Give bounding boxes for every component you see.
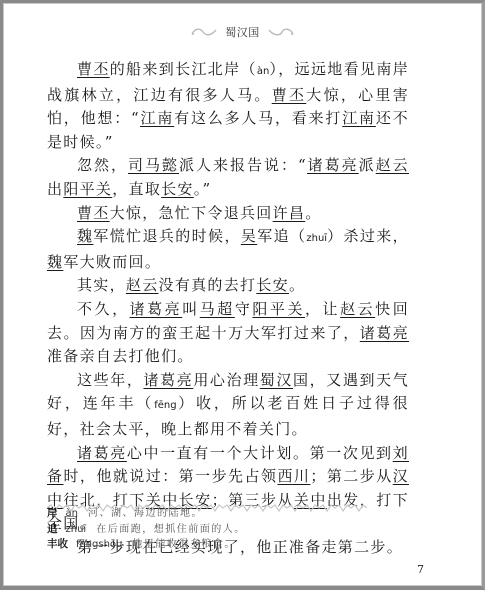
proper-noun: 诸葛亮 — [77, 444, 127, 462]
text-run: 用心治理 — [193, 371, 259, 389]
glossary: 岸 àn 河、湖、海边的陆地。 追 zhuī 在后面跑，想抓住前面的人。 丰收 … — [47, 506, 407, 553]
text-run: 。” — [194, 180, 212, 198]
paragraph: 曹丕的船来到长江北岸（àn），远远地看见南岸战旗林立，江边有很多人马。曹丕大惊，… — [47, 58, 409, 154]
text-run: 军大败而回。 — [63, 253, 161, 271]
pinyin-annotation: zhuī — [306, 233, 327, 244]
text-run: 这些年， — [77, 371, 143, 389]
proper-noun: 魏 — [47, 253, 63, 271]
proper-noun: 西川 — [277, 467, 310, 485]
swirl-right-icon — [268, 27, 294, 37]
proper-noun: 江南 — [342, 109, 376, 127]
text-run: ）杀过来， — [327, 227, 409, 245]
story-body: 曹丕的船来到长江北岸（àn），远远地看见南岸战旗林立，江边有很多人马。曹丕大惊，… — [47, 58, 409, 559]
text-run: 出 — [47, 180, 63, 198]
glossary-entry: 丰收 fēngshōu 地里能收很多粮食。 — [47, 537, 407, 553]
paragraph: 曹丕大惊，急忙下令退兵回许昌。 — [47, 202, 409, 226]
proper-noun: 马超 — [200, 300, 235, 318]
proper-noun: 赵云 — [340, 300, 375, 318]
text-run: 不久， — [77, 300, 130, 318]
proper-noun: 长安 — [161, 180, 194, 198]
swirl-left-icon — [191, 27, 217, 37]
text-run: 派人来报告说：“ — [179, 156, 307, 174]
pinyin-annotation: fēng — [154, 400, 176, 411]
proper-noun: 赵云 — [376, 156, 409, 174]
glossary-pinyin: fēngshōu — [76, 537, 122, 553]
proper-noun: 诸葛亮 — [307, 156, 359, 174]
text-run: 准备亲自去打他们。 — [47, 347, 194, 365]
glossary-pinyin: zhuī — [66, 522, 87, 538]
text-run: 其实， — [77, 276, 126, 294]
glossary-entry: 岸 àn 河、湖、海边的陆地。 — [47, 506, 407, 522]
paragraph: 这些年，诸葛亮用心治理蜀汉国，又遇到天气好，连年丰（fēng）收，所以老百姓日子… — [47, 369, 409, 442]
text-run: 忽然， — [77, 156, 128, 174]
text-run: 没有真的去打 — [159, 276, 257, 294]
paragraph: 不久，诸葛亮叫马超守阳平关，让赵云快回去。因为南方的蛮王起十万大军打过来了，诸葛… — [47, 298, 409, 369]
text-run: ，直取 — [112, 180, 161, 198]
text-run: ，让 — [305, 300, 340, 318]
chapter-title: 蜀汉国 — [225, 24, 260, 40]
paragraph: 魏军慌忙退兵的时候，吴军追（zhuī）杀过来，魏军大败而回。 — [47, 225, 409, 274]
glossary-entry: 追 zhuī 在后面跑，想抓住前面的人。 — [47, 522, 407, 538]
page-number: 7 — [417, 563, 424, 576]
text-run: 大惊，急忙下令退兵回 — [110, 204, 273, 222]
text-run: 的船来到长江北岸（ — [110, 60, 257, 78]
proper-noun: 阳平关 — [252, 300, 305, 318]
paragraph: 其实，赵云没有真的去打长安。 — [47, 274, 409, 298]
proper-noun: 曹丕 — [77, 204, 110, 222]
glossary-definition: 河、湖、海边的陆地。 — [88, 506, 203, 522]
glossary-word: 追 — [47, 522, 58, 538]
text-run: 守 — [235, 300, 253, 318]
glossary-pinyin: àn — [66, 506, 78, 522]
glossary-definition: 在后面跑，想抓住前面的人。 — [96, 522, 246, 538]
proper-noun: 司马懿 — [128, 156, 179, 174]
paragraph: 忽然，司马懿派人来报告说：“诸葛亮派赵云出阳平关，直取长安。” — [47, 154, 409, 201]
glossary-word: 丰收 — [47, 537, 68, 553]
proper-noun: 江南 — [140, 109, 174, 127]
text-run: 叫 — [182, 300, 200, 318]
running-header: 蜀汉国 — [0, 22, 485, 42]
glossary-word: 岸 — [47, 506, 58, 522]
text-run: 军慌忙退兵的时候， — [93, 227, 240, 245]
text-run: ；第二步从 — [310, 467, 392, 485]
proper-noun: 吴 — [241, 227, 257, 245]
text-run: 。 — [289, 276, 305, 294]
text-run: 。 — [305, 204, 321, 222]
glossary-definition: 地里能收很多粮食。 — [132, 537, 236, 553]
proper-noun: 曹丕 — [77, 60, 110, 78]
proper-noun: 阳平关 — [63, 180, 112, 198]
pinyin-annotation: àn — [257, 66, 269, 77]
wavy-divider — [47, 497, 367, 505]
proper-noun: 曹丕 — [272, 86, 307, 104]
proper-noun: 长安 — [256, 276, 289, 294]
proper-noun: 诸葛亮 — [130, 300, 183, 318]
text-run: 军追（ — [257, 227, 306, 245]
proper-noun: 蜀汉 — [260, 371, 293, 389]
proper-noun: 魏 — [77, 227, 93, 245]
text-run: 心中一直有一个大计划。第一次见到 — [127, 444, 393, 462]
proper-noun: 诸葛亮 — [360, 324, 409, 342]
proper-noun: 诸葛亮 — [143, 371, 193, 389]
proper-noun: 许昌 — [273, 204, 306, 222]
text-run: 时，他就说过：第一步先占领 — [63, 467, 277, 485]
text-run: 有这么多人马，看来打 — [174, 109, 342, 127]
text-run: 派 — [359, 156, 376, 174]
proper-noun: 赵云 — [126, 276, 159, 294]
